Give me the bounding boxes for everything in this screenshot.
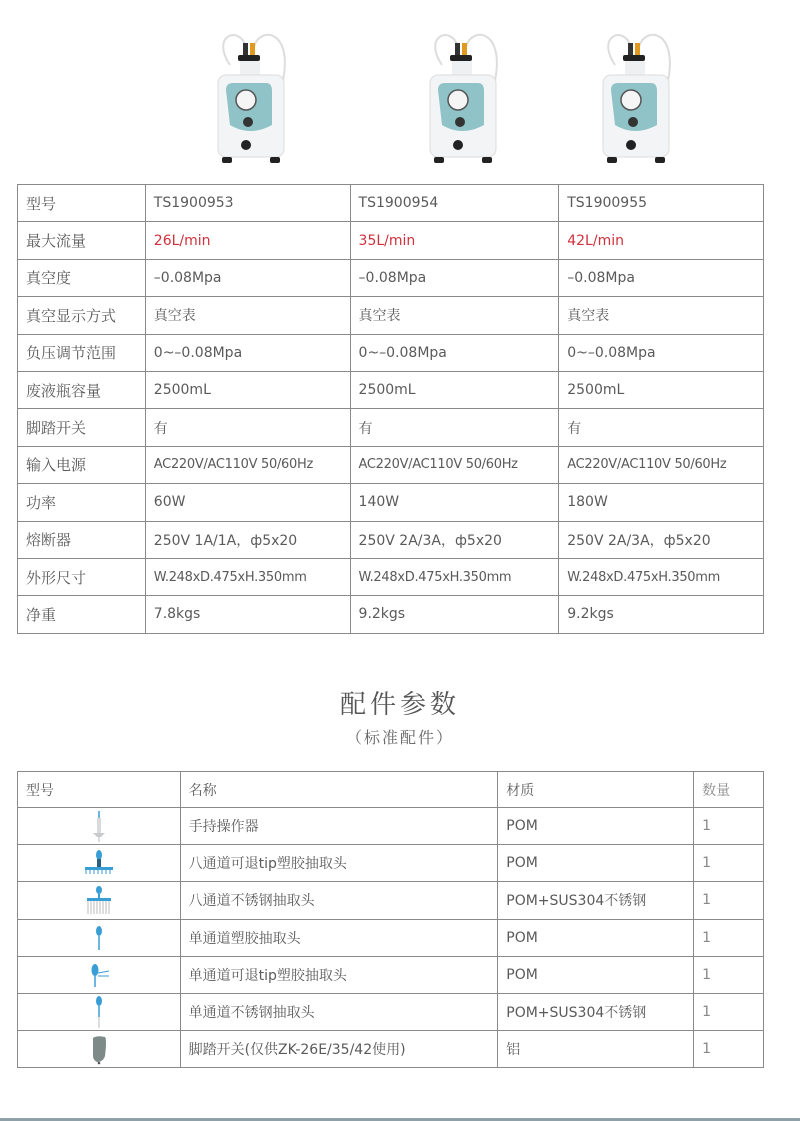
cell-value: 140W bbox=[350, 484, 559, 521]
vacuum-pump-icon bbox=[585, 25, 685, 170]
product-image-2 bbox=[412, 25, 512, 170]
cell-value: 0~–0.08Mpa bbox=[559, 334, 764, 371]
cell-value: W.248xD.475xH.350mm bbox=[145, 558, 350, 595]
table-row: 型号 TS1900953 TS1900954 TS1900955 bbox=[18, 185, 764, 222]
table-row: 单通道可退tip塑胶抽取头 POM 1 bbox=[18, 956, 764, 993]
cell-value: 2500mL bbox=[145, 371, 350, 408]
table-row: 输入电源 AC220V/AC110V 50/60Hz AC220V/AC110V… bbox=[18, 446, 764, 483]
accessory-quantity: 1 bbox=[694, 993, 764, 1030]
accessory-quantity: 1 bbox=[694, 956, 764, 993]
table-row: 脚踏开关 有 有 有 bbox=[18, 409, 764, 446]
cell-value: AC220V/AC110V 50/60Hz bbox=[145, 446, 350, 483]
cell-value: 250V 1A/1A，ф5x20 bbox=[145, 521, 350, 558]
cell-value: 7.8kgs bbox=[145, 596, 350, 633]
table-row: 净重 7.8kgs 9.2kgs 9.2kgs bbox=[18, 596, 764, 633]
eight-channel-steel-adapter-icon bbox=[79, 883, 119, 917]
cell-value: 有 bbox=[559, 409, 764, 446]
accessory-quantity: 1 bbox=[694, 882, 764, 919]
cell-value: 真空表 bbox=[350, 297, 559, 334]
single-channel-steel-adapter-icon bbox=[79, 995, 119, 1029]
table-row: 功率 60W 140W 180W bbox=[18, 484, 764, 521]
cell-value: –0.08Mpa bbox=[145, 259, 350, 296]
accessory-name: 单通道塑胶抽取头 bbox=[180, 919, 498, 956]
table-row: 负压调节范围 0~–0.08Mpa 0~–0.08Mpa 0~–0.08Mpa bbox=[18, 334, 764, 371]
cell-value: TS1900955 bbox=[559, 185, 764, 222]
cell-value: 2500mL bbox=[559, 371, 764, 408]
header-name: 名称 bbox=[180, 772, 498, 808]
table-row: 废液瓶容量 2500mL 2500mL 2500mL bbox=[18, 371, 764, 408]
cell-value: W.248xD.475xH.350mm bbox=[350, 558, 559, 595]
cell-value: TS1900953 bbox=[145, 185, 350, 222]
cell-value: TS1900954 bbox=[350, 185, 559, 222]
accessory-material: POM bbox=[498, 845, 694, 882]
accessories-table: 型号 名称 材质 数量 手持操作器 POM 1 bbox=[17, 771, 764, 1068]
table-row: 外形尺寸 W.248xD.475xH.350mm W.248xD.475xH.3… bbox=[18, 558, 764, 595]
row-label: 净重 bbox=[18, 596, 146, 633]
cell-value: 2500mL bbox=[350, 371, 559, 408]
cell-value: –0.08Mpa bbox=[350, 259, 559, 296]
accessory-material: POM bbox=[498, 808, 694, 845]
cell-value: 有 bbox=[350, 409, 559, 446]
cell-value: AC220V/AC110V 50/60Hz bbox=[350, 446, 559, 483]
cell-value: AC220V/AC110V 50/60Hz bbox=[559, 446, 764, 483]
table-row: 手持操作器 POM 1 bbox=[18, 808, 764, 845]
header-quantity: 数量 bbox=[694, 772, 764, 808]
row-label: 真空度 bbox=[18, 259, 146, 296]
vacuum-pump-icon bbox=[200, 25, 300, 170]
product-image-row bbox=[0, 0, 800, 180]
row-label: 最大流量 bbox=[18, 222, 146, 259]
accessory-material: POM bbox=[498, 919, 694, 956]
row-label: 外形尺寸 bbox=[18, 558, 146, 595]
cell-value: 9.2kgs bbox=[559, 596, 764, 633]
table-header-row: 型号 名称 材质 数量 bbox=[18, 772, 764, 808]
cell-value: 0~–0.08Mpa bbox=[350, 334, 559, 371]
row-label: 真空显示方式 bbox=[18, 297, 146, 334]
handheld-operator-icon bbox=[79, 809, 119, 843]
accessory-quantity: 1 bbox=[694, 845, 764, 882]
eight-channel-tip-adapter-icon bbox=[79, 846, 119, 880]
accessory-name: 单通道不锈钢抽取头 bbox=[180, 993, 498, 1030]
cell-value: 9.2kgs bbox=[350, 596, 559, 633]
accessory-name: 八通道不锈钢抽取头 bbox=[180, 882, 498, 919]
table-row: 脚踏开关(仅供ZK-26E/35/42使用) 铝 1 bbox=[18, 1031, 764, 1068]
accessory-material: 铝 bbox=[498, 1031, 694, 1068]
row-label: 型号 bbox=[18, 185, 146, 222]
product-image-3 bbox=[585, 25, 685, 170]
accessories-subtitle: （标准配件） bbox=[0, 725, 800, 748]
table-row: 真空度 –0.08Mpa –0.08Mpa –0.08Mpa bbox=[18, 259, 764, 296]
cell-value: 60W bbox=[145, 484, 350, 521]
cell-value: 有 bbox=[145, 409, 350, 446]
accessory-quantity: 1 bbox=[694, 919, 764, 956]
table-row: 真空显示方式 真空表 真空表 真空表 bbox=[18, 297, 764, 334]
table-row: 单通道不锈钢抽取头 POM+SUS304不锈钢 1 bbox=[18, 993, 764, 1030]
single-channel-plastic-adapter-icon bbox=[79, 921, 119, 955]
row-label: 负压调节范围 bbox=[18, 334, 146, 371]
accessory-name: 单通道可退tip塑胶抽取头 bbox=[180, 956, 498, 993]
accessory-material: POM bbox=[498, 956, 694, 993]
row-label: 废液瓶容量 bbox=[18, 371, 146, 408]
accessory-quantity: 1 bbox=[694, 808, 764, 845]
accessory-name: 脚踏开关(仅供ZK-26E/35/42使用) bbox=[180, 1031, 498, 1068]
table-row: 熔断器 250V 1A/1A，ф5x20 250V 2A/3A，ф5x20 25… bbox=[18, 521, 764, 558]
cell-value: –0.08Mpa bbox=[559, 259, 764, 296]
accessory-material: POM+SUS304不锈钢 bbox=[498, 993, 694, 1030]
vacuum-pump-icon bbox=[412, 25, 512, 170]
header-material: 材质 bbox=[498, 772, 694, 808]
cell-value: 250V 2A/3A，ф5x20 bbox=[350, 521, 559, 558]
accessory-quantity: 1 bbox=[694, 1031, 764, 1068]
cell-value: 0~–0.08Mpa bbox=[145, 334, 350, 371]
single-channel-tip-adapter-icon bbox=[79, 958, 119, 992]
row-label: 输入电源 bbox=[18, 446, 146, 483]
table-row: 八通道不锈钢抽取头 POM+SUS304不锈钢 1 bbox=[18, 882, 764, 919]
cell-value: 180W bbox=[559, 484, 764, 521]
spec-table: 型号 TS1900953 TS1900954 TS1900955 最大流量 26… bbox=[17, 184, 764, 634]
header-model: 型号 bbox=[18, 772, 181, 808]
table-row: 单通道塑胶抽取头 POM 1 bbox=[18, 919, 764, 956]
cell-value-highlight: 35L/min bbox=[350, 222, 559, 259]
accessories-title: 配件参数 bbox=[0, 684, 800, 721]
row-label: 脚踏开关 bbox=[18, 409, 146, 446]
cell-value: W.248xD.475xH.350mm bbox=[559, 558, 764, 595]
table-row: 最大流量 26L/min 35L/min 42L/min bbox=[18, 222, 764, 259]
cell-value-highlight: 42L/min bbox=[559, 222, 764, 259]
accessory-material: POM+SUS304不锈钢 bbox=[498, 882, 694, 919]
cell-value: 250V 2A/3A，ф5x20 bbox=[559, 521, 764, 558]
table-row: 八通道可退tip塑胶抽取头 POM 1 bbox=[18, 845, 764, 882]
cell-value: 真空表 bbox=[145, 297, 350, 334]
product-image-1 bbox=[200, 25, 300, 170]
foot-switch-icon bbox=[79, 1032, 119, 1066]
cell-value-highlight: 26L/min bbox=[145, 222, 350, 259]
row-label: 熔断器 bbox=[18, 521, 146, 558]
cell-value: 真空表 bbox=[559, 297, 764, 334]
row-label: 功率 bbox=[18, 484, 146, 521]
accessory-name: 手持操作器 bbox=[180, 808, 498, 845]
accessory-name: 八通道可退tip塑胶抽取头 bbox=[180, 845, 498, 882]
